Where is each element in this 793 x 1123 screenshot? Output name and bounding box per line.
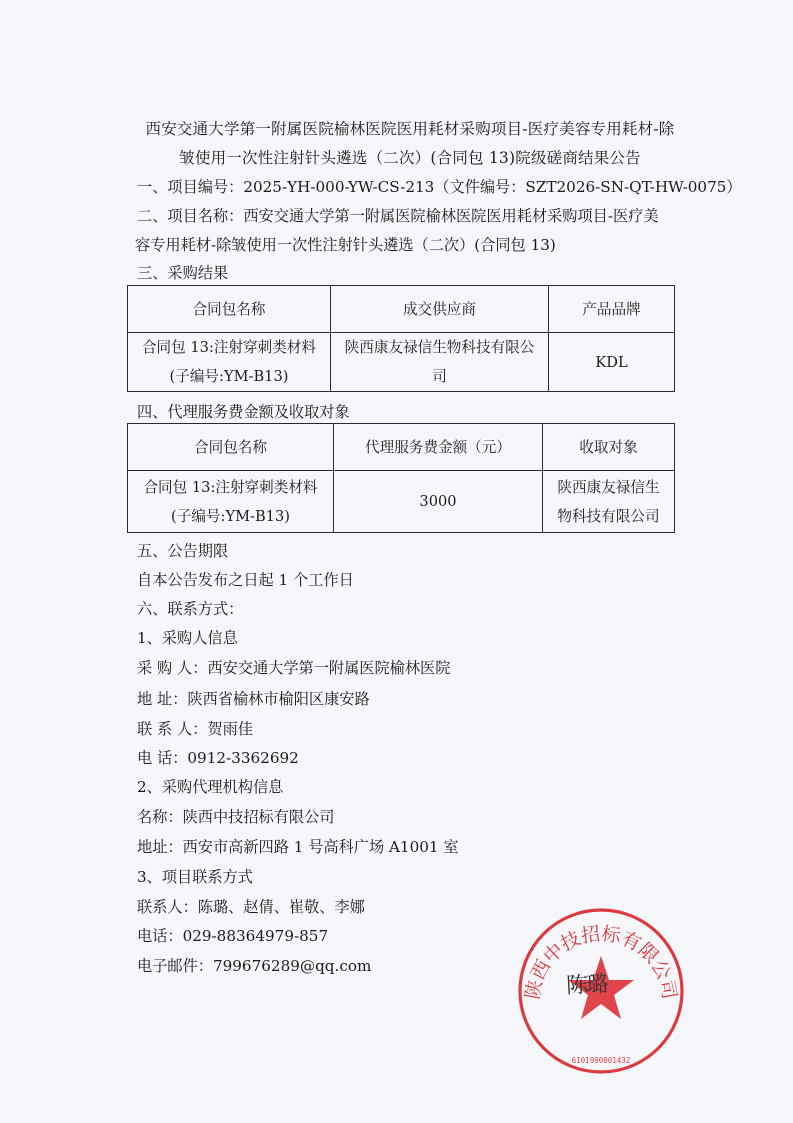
- agency-heading: 2、采购代理机构信息: [137, 776, 283, 797]
- project-contacts: 联系人：陈璐、赵倩、崔敬、李娜: [137, 896, 365, 917]
- table-header-row: 合同包名称 成交供应商 产品品牌: [128, 286, 675, 333]
- purchaser-name: 采 购 人：西安交通大学第一附属医院榆林医院: [137, 657, 450, 678]
- purchaser-address: 地 址：陕西省榆林市榆阳区康安路: [137, 688, 370, 709]
- header-package-name: 合同包名称: [128, 286, 331, 333]
- supplier-line-1: 陕西康友禄信生物科技有限公: [337, 333, 542, 362]
- notice-period-text: 自本公告发布之日起 1 个工作日: [137, 569, 354, 590]
- signature: 陈璐: [565, 967, 607, 1000]
- table-row: 合同包 13:注射穿刺类材料 (子编号:YM-B13) 3000 陕西康友禄信生…: [128, 471, 675, 533]
- table-row: 合同包 13:注射穿刺类材料 (子编号:YM-B13) 陕西康友禄信生物科技有限…: [128, 333, 675, 392]
- header-brand: 产品品牌: [549, 286, 675, 333]
- announcement-page: 西安交通大学第一附属医院榆林医院医用耗材采购项目-医疗美容专用耗材-除 皱使用一…: [0, 0, 793, 1123]
- cell-package-name: 合同包 13:注射穿刺类材料 (子编号:YM-B13): [128, 471, 334, 533]
- payer-line-1: 陕西康友禄信生: [549, 473, 668, 502]
- purchaser-phone: 电 话：0912-3362692: [137, 747, 299, 768]
- package-name-line-2: (子编号:YM-B13): [134, 362, 324, 391]
- agency-fee-table: 合同包名称 代理服务费金额（元） 收取对象 合同包 13:注射穿刺类材料 (子编…: [127, 423, 675, 533]
- header-package-name: 合同包名称: [128, 424, 334, 471]
- agency-name: 名称：陕西中技招标有限公司: [137, 806, 334, 827]
- header-payer: 收取对象: [543, 424, 675, 471]
- procurement-result-table: 合同包名称 成交供应商 产品品牌 合同包 13:注射穿刺类材料 (子编号:YM-…: [127, 285, 675, 392]
- payer-line-2: 物科技有限公司: [549, 502, 668, 531]
- cell-fee-amount: 3000: [334, 471, 543, 533]
- package-name-line-2: (子编号:YM-B13): [134, 502, 327, 531]
- cell-brand: KDL: [549, 333, 675, 392]
- section-procurement-result-heading: 三、采购结果: [137, 262, 228, 283]
- package-name-line-1: 合同包 13:注射穿刺类材料: [134, 333, 324, 362]
- project-number: 一、项目编号：2025-YH-000-YW-CS-213（文件编号：SZT202…: [137, 176, 742, 197]
- project-name-line-1: 二、项目名称：西安交通大学第一附属医院榆林医院医用耗材采购项目-医疗美: [137, 205, 659, 226]
- project-contact-heading: 3、项目联系方式: [137, 866, 253, 887]
- table-header-row: 合同包名称 代理服务费金额（元） 收取对象: [128, 424, 675, 471]
- agency-address: 地址：西安市高新四路 1 号高科广场 A1001 室: [137, 836, 459, 857]
- project-phone: 电话：029-88364979-857: [137, 925, 328, 946]
- package-name-line-1: 合同包 13:注射穿刺类材料: [134, 473, 327, 502]
- project-email: 电子邮件：799676289@qq.com: [137, 955, 371, 976]
- svg-text:6101990001432: 6101990001432: [572, 1056, 631, 1065]
- purchaser-contact: 联 系 人：贺雨佳: [137, 718, 253, 739]
- cell-supplier: 陕西康友禄信生物科技有限公 司: [331, 333, 549, 392]
- purchaser-heading: 1、采购人信息: [137, 627, 238, 648]
- header-fee-amount: 代理服务费金额（元）: [334, 424, 543, 471]
- section-contact-heading: 六、联系方式：: [137, 598, 243, 619]
- section-agency-fee-heading: 四、代理服务费金额及收取对象: [137, 401, 350, 422]
- header-supplier: 成交供应商: [331, 286, 549, 333]
- project-name-line-2: 容专用耗材-除皱使用一次性注射针头遴选（二次）(合同包 13): [135, 234, 556, 255]
- supplier-line-2: 司: [337, 362, 542, 391]
- cell-package-name: 合同包 13:注射穿刺类材料 (子编号:YM-B13): [128, 333, 331, 392]
- title-line-1: 西安交通大学第一附属医院榆林医院医用耗材采购项目-医疗美容专用耗材-除: [120, 117, 700, 139]
- title-line-2: 皱使用一次性注射针头遴选（二次）(合同包 13)院级磋商结果公告: [120, 146, 700, 168]
- cell-payer: 陕西康友禄信生 物科技有限公司: [543, 471, 675, 533]
- section-notice-period-heading: 五、公告期限: [137, 540, 228, 561]
